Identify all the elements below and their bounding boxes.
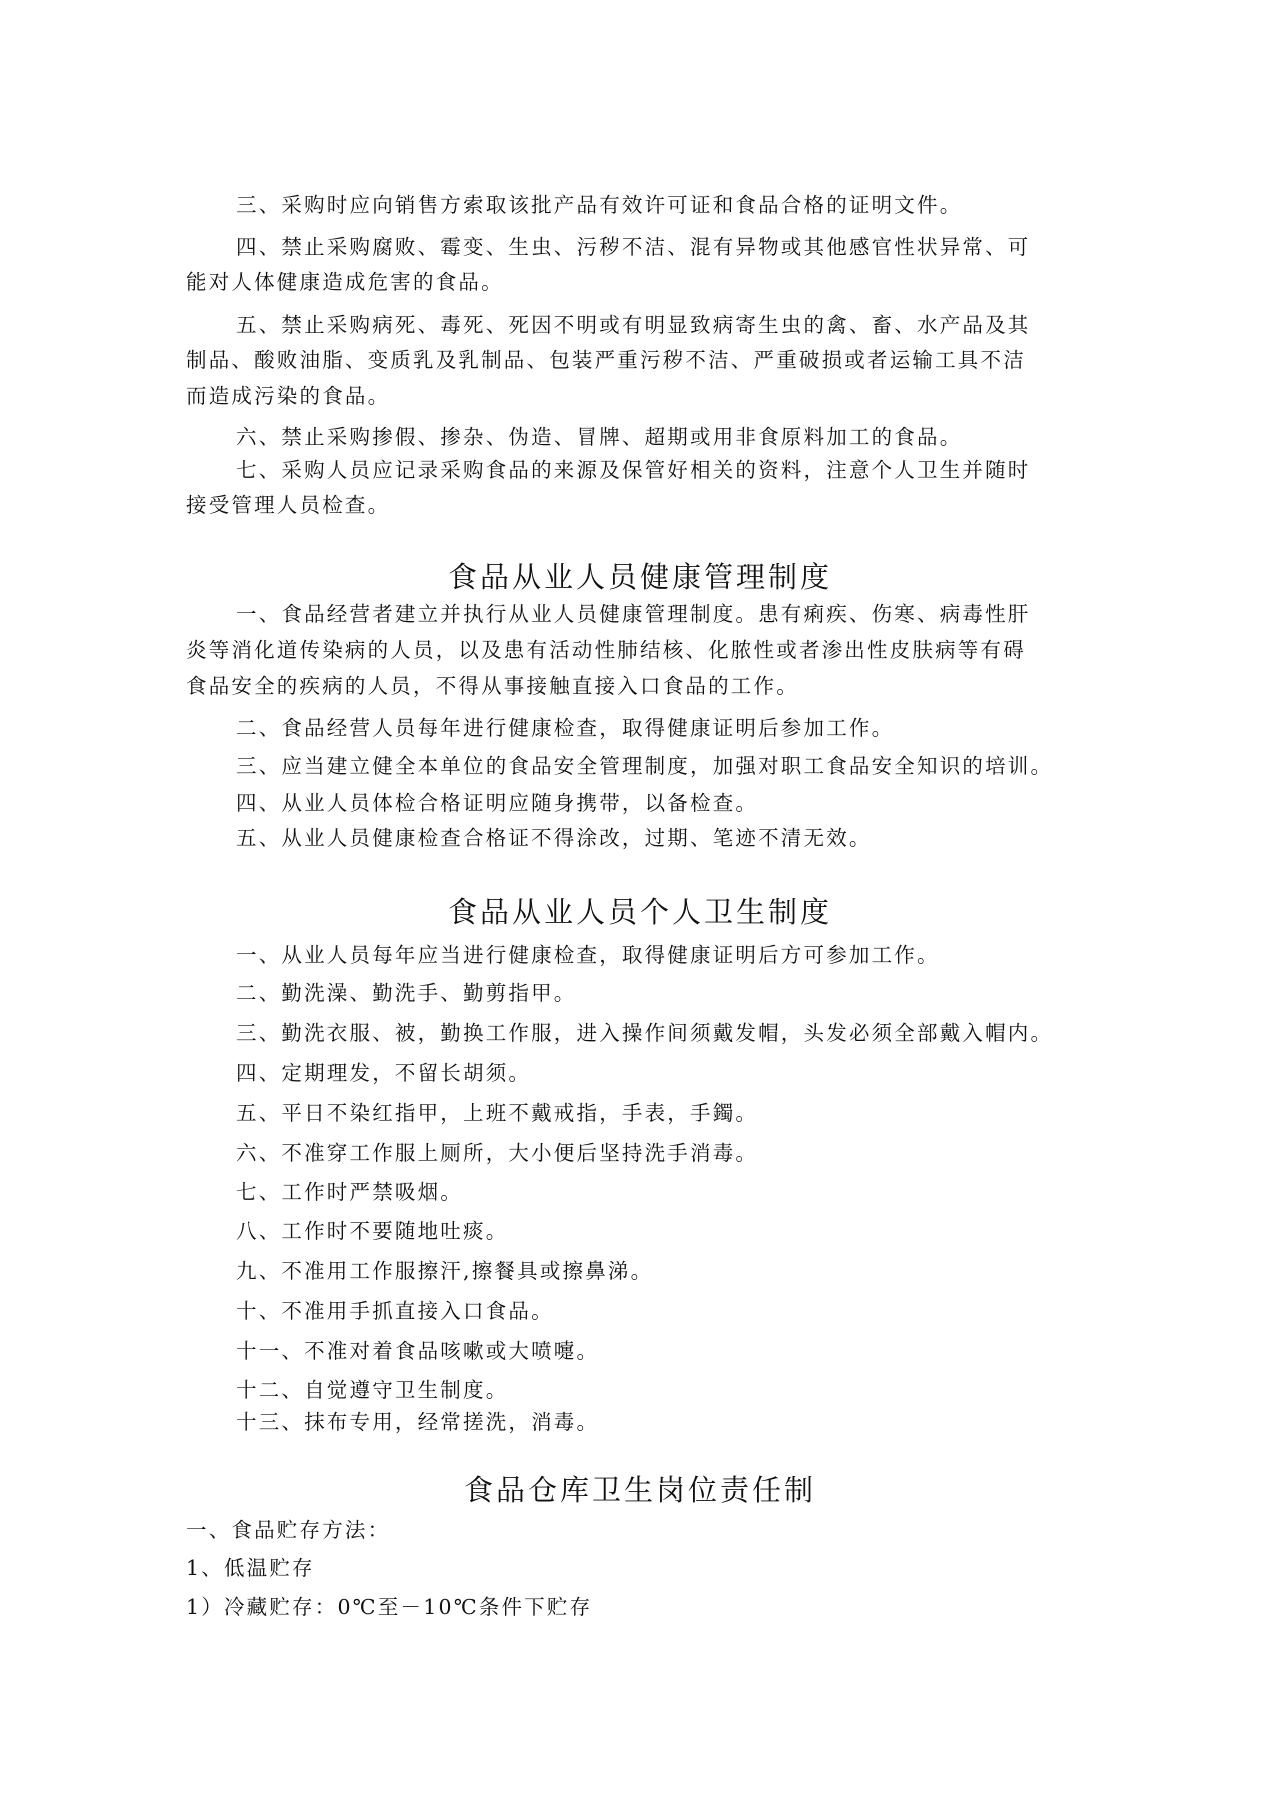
paragraph-line: 五、禁止采购病死、毒死、死因不明或有明显致病寄生虫的禽、畜、水产品及其	[236, 313, 1031, 337]
paragraph-line: 七、采购人员应记录采购食品的来源及保管好相关的资料，注意个人卫生并随时	[236, 458, 1031, 482]
paragraph-line: 十一、不准对着食品咳嗽或大喷嚏。	[236, 1339, 599, 1363]
section-title: 食品仓库卫生岗位责任制	[0, 1473, 1280, 1507]
paragraph-line: 能对人体健康造成危害的食品。	[186, 270, 504, 294]
paragraph-line: 五、平日不染红指甲，上班不戴戒指，手表，手鐲。	[236, 1101, 758, 1125]
paragraph-line: 一、从业人员每年应当进行健康检查，取得健康证明后方可参加工作。	[236, 943, 940, 967]
paragraph-line: 六、不准穿工作服上厕所，大小便后坚持洗手消毒。	[236, 1141, 758, 1165]
paragraph-line: 三、采购时应向销售方索取该批产品有效许可证和食品合格的证明文件。	[236, 193, 962, 217]
paragraph-line: 三、应当建立健全本单位的食品安全管理制度，加强对职工食品安全知识的培训。	[236, 754, 1053, 778]
paragraph-line: 九、不准用工作服擦汗,擦餐具或擦鼻涕。	[236, 1259, 653, 1283]
paragraph-line: 五、从业人员健康检查合格证不得涂改，过期、笔迹不清无效。	[236, 826, 872, 850]
paragraph-line: 炎等消化道传染病的人员，以及患有活动性肺结核、化脓性或者渗出性皮肤病等有碍	[186, 638, 1026, 662]
paragraph-line: 接受管理人员检查。	[186, 493, 390, 517]
paragraph-line: 四、从业人员体检合格证明应随身携带，以备检查。	[236, 791, 758, 815]
paragraph-line: 一、食品经营者建立并执行从业人员健康管理制度。患有痢疾、伤寒、病毒性肝	[236, 602, 1031, 626]
paragraph-line: 二、食品经营人员每年进行健康检查，取得健康证明后参加工作。	[236, 716, 894, 740]
paragraph-line: 十二、自觉遵守卫生制度。	[236, 1378, 508, 1402]
paragraph-line: 七、工作时严禁吸烟。	[236, 1180, 463, 1204]
paragraph-line: 1、低温贮存	[186, 1556, 315, 1580]
paragraph-line: 十、不准用手抓直接入口食品。	[236, 1299, 554, 1323]
paragraph-line: 制品、酸败油脂、变质乳及乳制品、包装严重污秽不洁、严重破损或者运输工具不洁	[186, 348, 1026, 372]
paragraph-line: 三、勤洗衣服、被，勤换工作服，进入操作间须戴发帽，头发必须全部戴入帽内。	[236, 1021, 1053, 1045]
section-title: 食品从业人员个人卫生制度	[0, 895, 1280, 929]
paragraph-line: 八、工作时不要随地吐痰。	[236, 1219, 508, 1243]
paragraph-line: 二、勤洗澡、勤洗手、勤剪指甲。	[236, 981, 577, 1005]
paragraph-line: 六、禁止采购掺假、掺杂、伪造、冒牌、超期或用非食原料加工的食品。	[236, 425, 962, 449]
paragraph-line: 四、定期理发，不留长胡须。	[236, 1061, 531, 1085]
paragraph-line: 一、食品贮存方法：	[186, 1518, 390, 1542]
paragraph-line: 四、禁止采购腐败、霉变、生虫、污秽不洁、混有异物或其他感官性状异常、可	[236, 235, 1031, 259]
paragraph-line: 1）冷藏贮存：0℃至－10℃条件下贮存	[186, 1595, 592, 1619]
paragraph-line: 食品安全的疾病的人员，不得从事接触直接入口食品的工作。	[186, 674, 799, 698]
section-title: 食品从业人员健康管理制度	[0, 560, 1280, 594]
paragraph-line: 而造成污染的食品。	[186, 384, 390, 408]
paragraph-line: 十三、抹布专用，经常搓洗，消毒。	[236, 1410, 599, 1434]
